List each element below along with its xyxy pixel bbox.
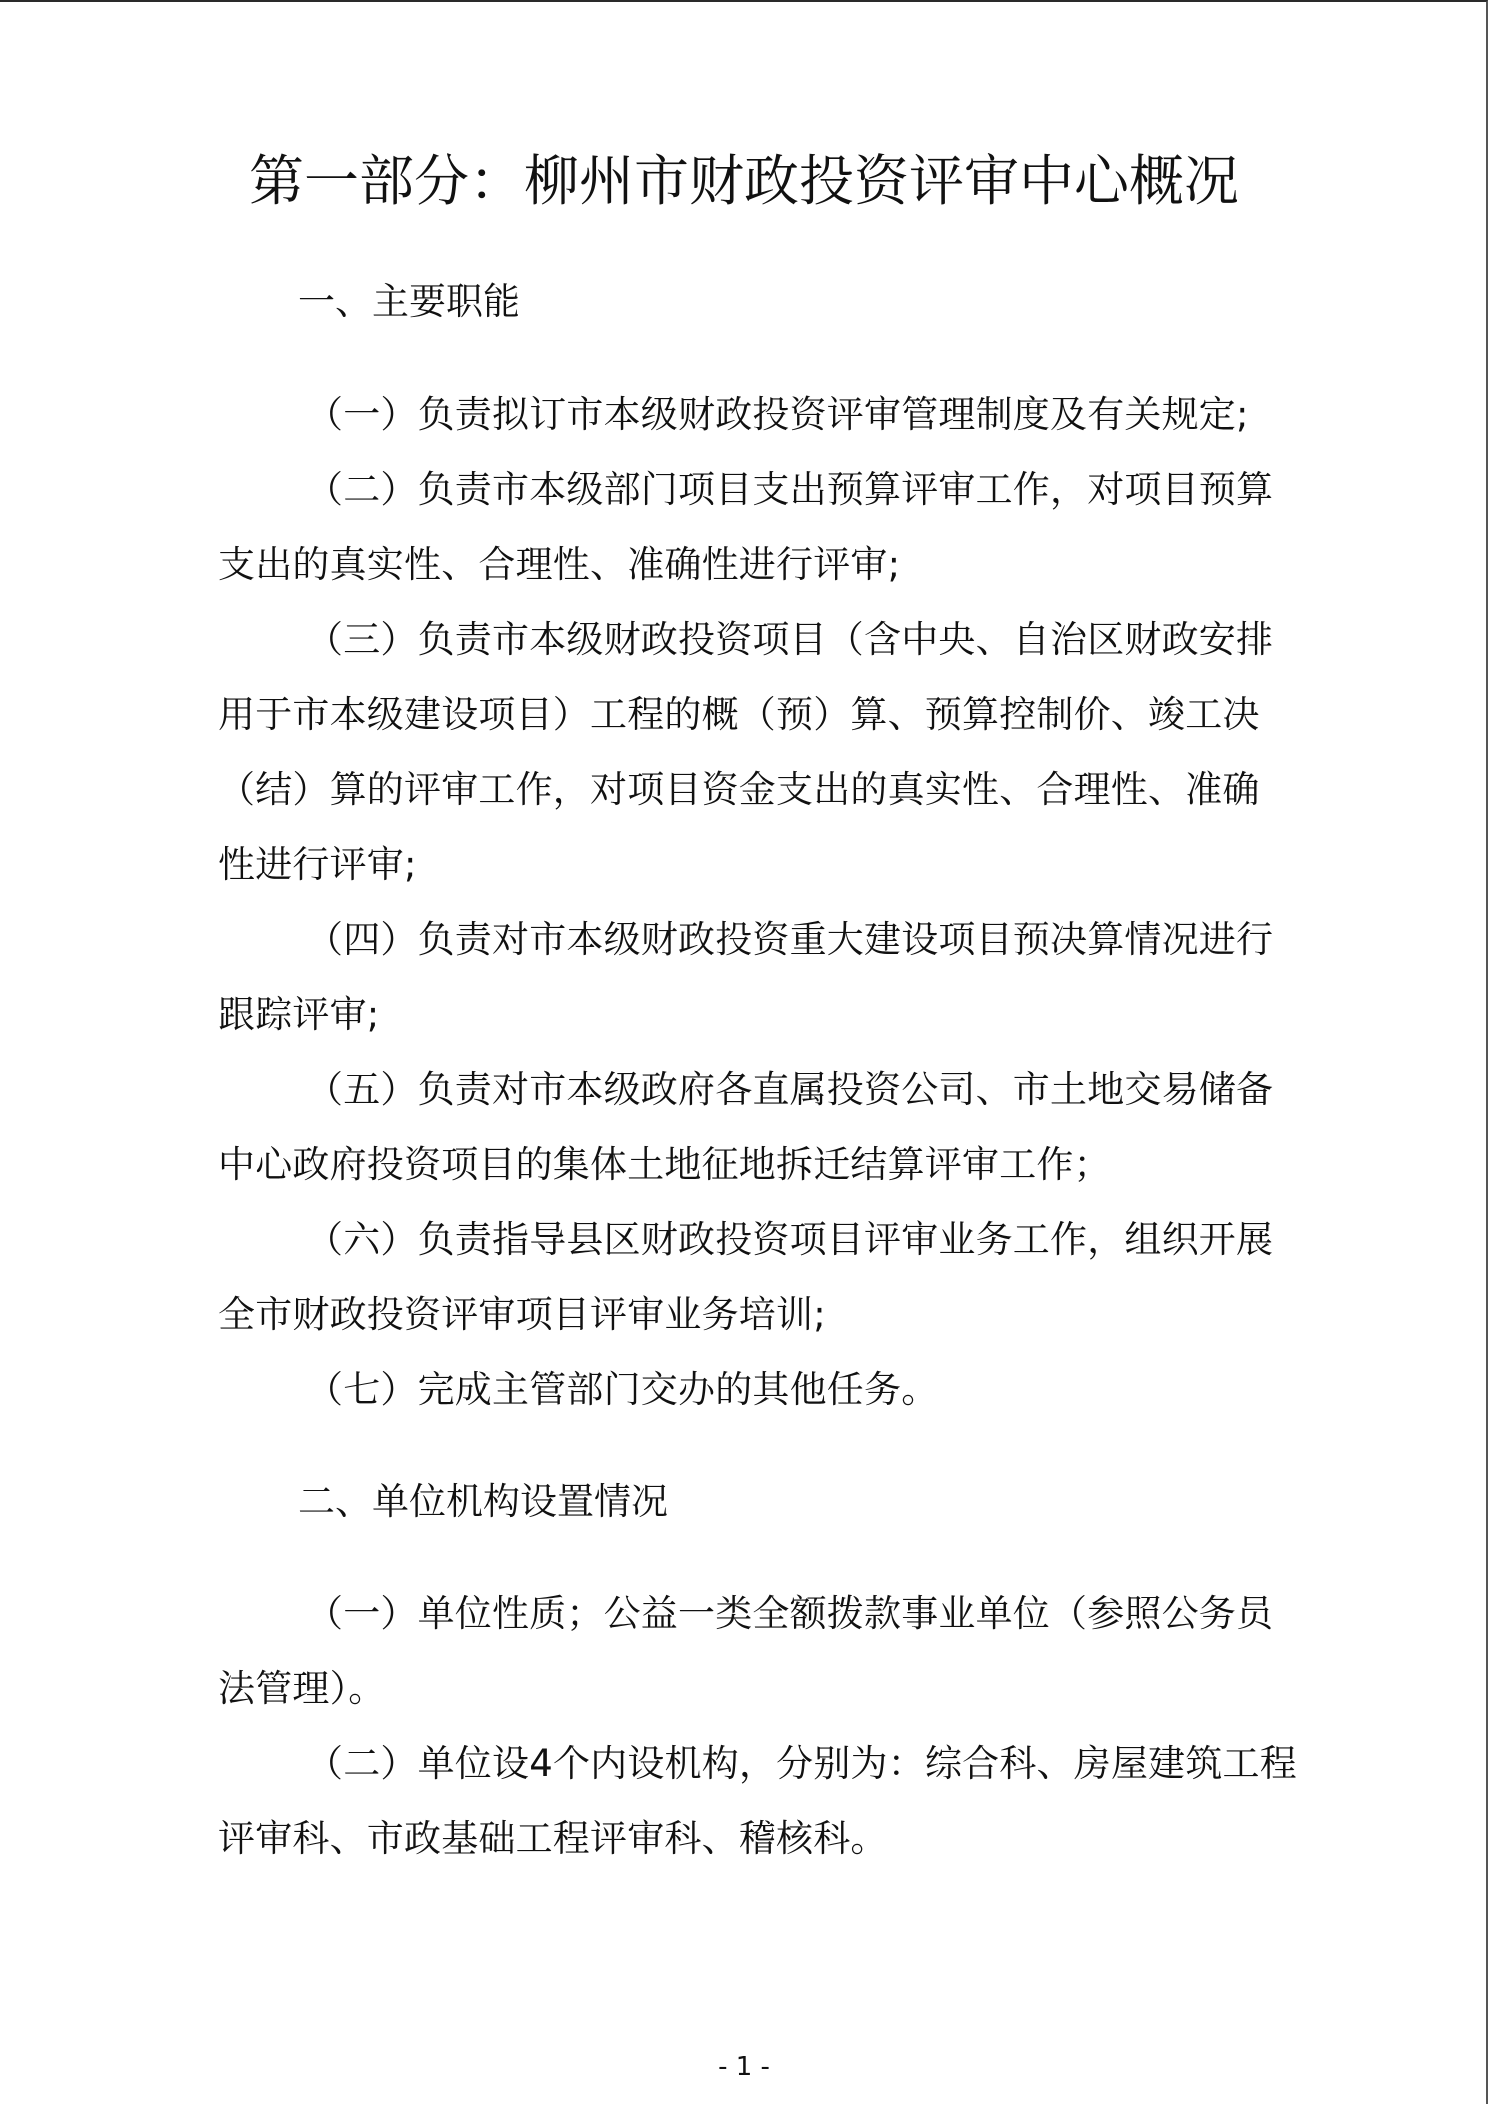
section-heading-organization: 二、单位机构设置情况 [298,1480,668,1524]
paragraph-line: 法管理）。 [218,1667,1298,1711]
paragraph-line: 支出的真实性、合理性、准确性进行评审; [218,543,1298,587]
paragraph-line: （结）算的评审工作，对项目资金支出的真实性、合理性、准确 [218,768,1298,812]
page-number: - 1 - [0,2052,1488,2082]
paragraph-line: 跟踪评审; [218,993,1298,1037]
paragraph-line: （一）负责拟订市本级财政投资评审管理制度及有关规定; [306,393,1386,437]
page-title: 第一部分：柳州市财政投资评审中心概况 [0,148,1488,214]
section-heading-main-functions: 一、主要职能 [298,280,520,324]
paragraph-line: 用于市本级建设项目）工程的概（预）算、预算控制价、竣工决 [218,693,1298,737]
paragraph-line: （三）负责市本级财政投资项目（含中央、自治区财政安排 [306,618,1386,662]
paragraph-line: （四）负责对市本级财政投资重大建设项目预决算情况进行 [306,918,1386,962]
paragraph-line: （二）单位设4个内设机构，分别为：综合科、房屋建筑工程 [306,1742,1386,1786]
document-page: 第一部分：柳州市财政投资评审中心概况 一、主要职能 （一）负责拟订市本级财政投资… [0,0,1488,2104]
paragraph-line: 全市财政投资评审项目评审业务培训; [218,1293,1298,1337]
paragraph-line: （五）负责对市本级政府各直属投资公司、市土地交易储备 [306,1068,1386,1112]
paragraph-line: 评审科、市政基础工程评审科、稽核科。 [218,1817,1298,1861]
paragraph-line: （六）负责指导县区财政投资项目评审业务工作，组织开展 [306,1218,1386,1262]
paragraph-line: 性进行评审; [218,843,1298,887]
paragraph-line: （一）单位性质；公益一类全额拨款事业单位（参照公务员 [306,1592,1386,1636]
paragraph-line: （二）负责市本级部门项目支出预算评审工作，对项目预算 [306,468,1386,512]
paragraph-line: （七）完成主管部门交办的其他任务。 [306,1368,1386,1412]
paragraph-line: 中心政府投资项目的集体土地征地拆迁结算评审工作； [218,1143,1298,1187]
